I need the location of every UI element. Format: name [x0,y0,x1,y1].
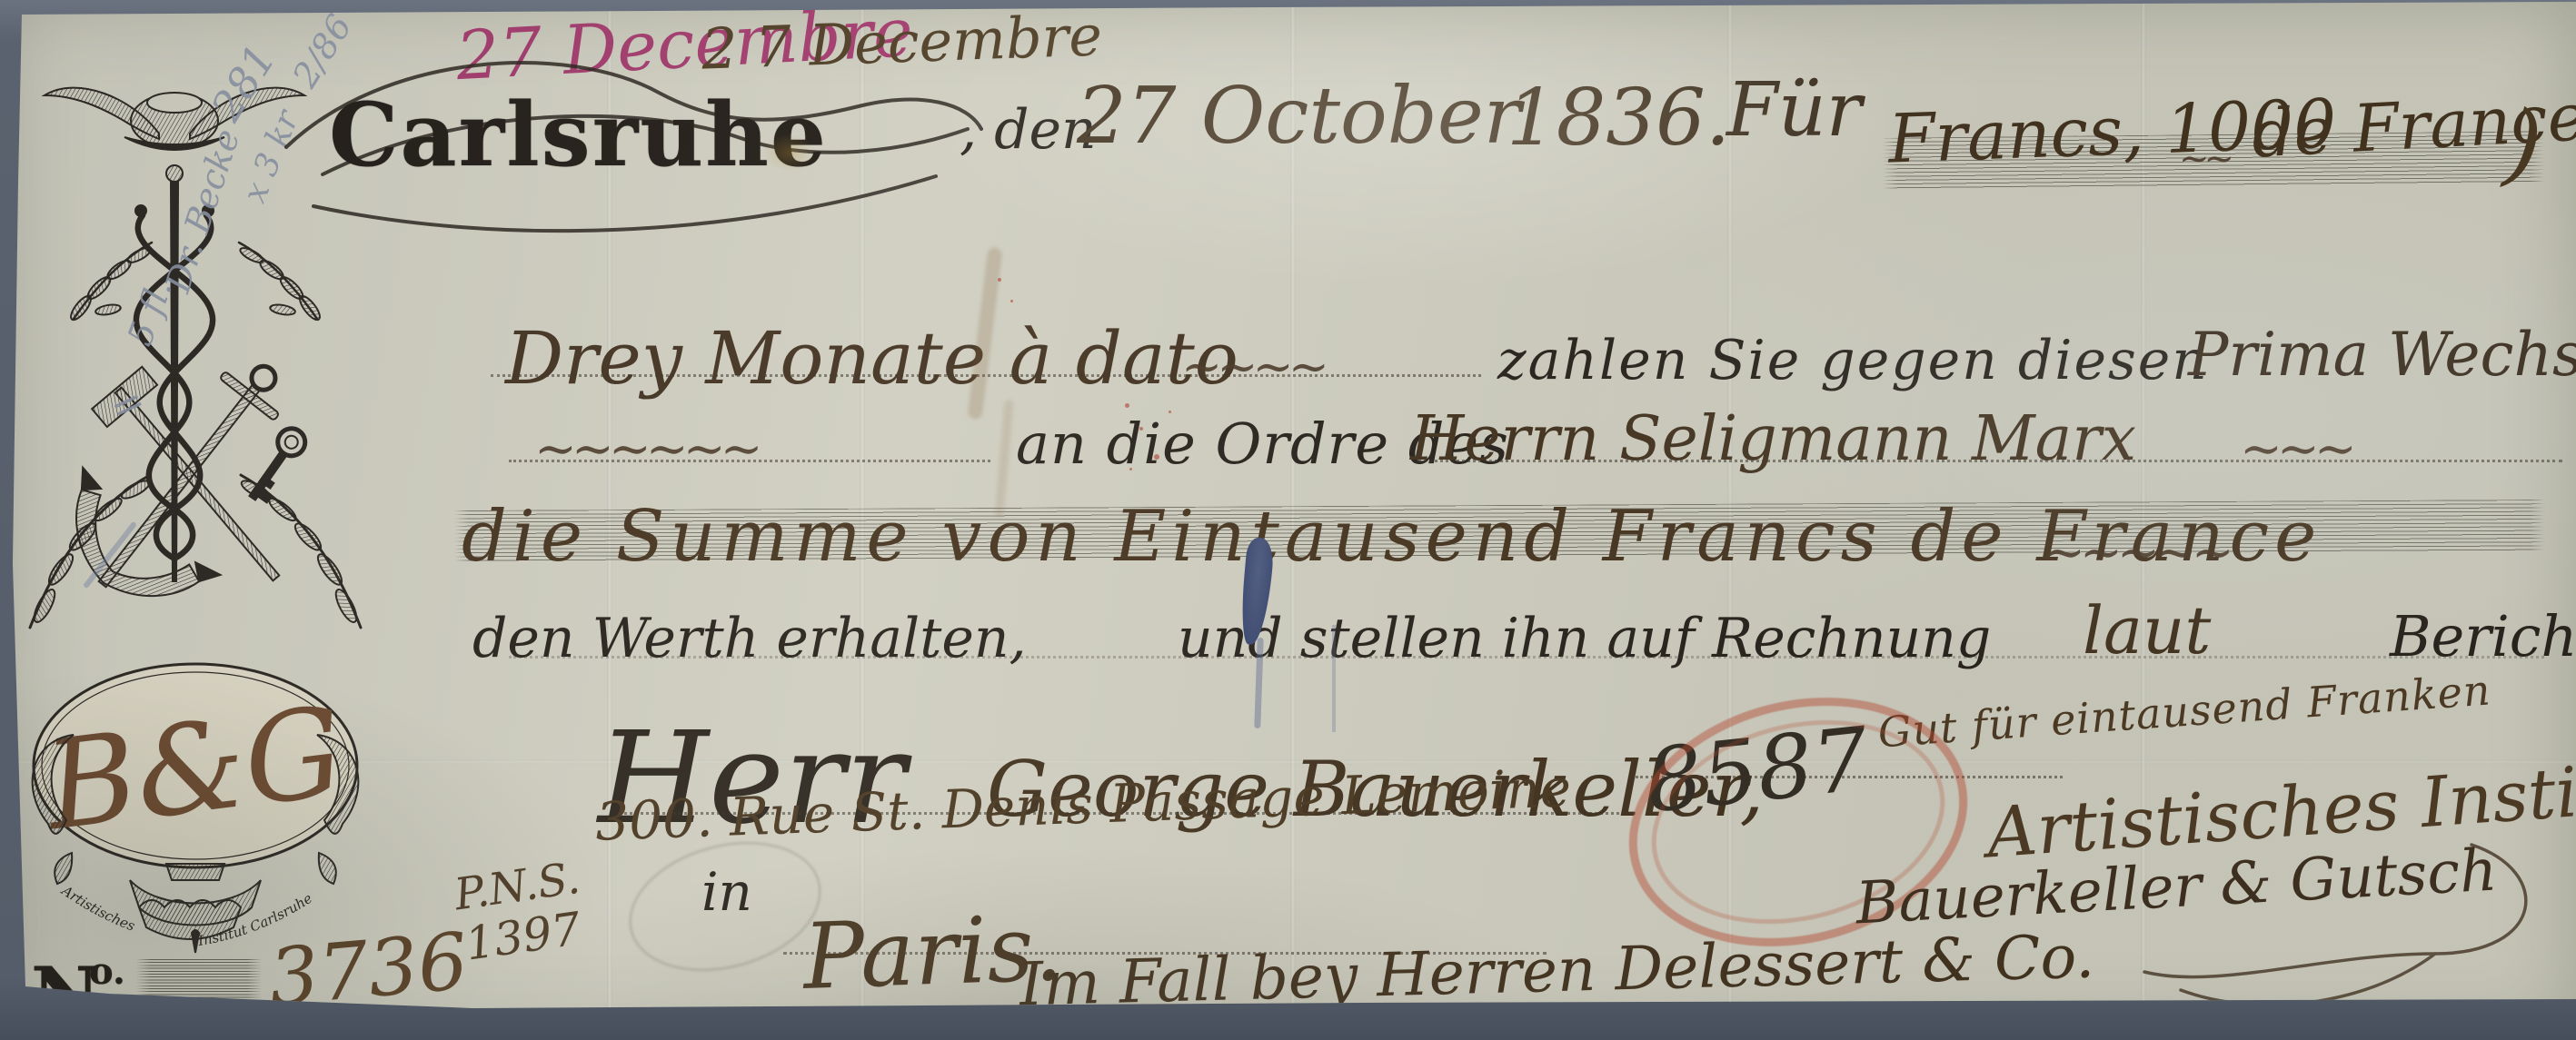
blue-ink-trace [1332,625,1336,732]
red-speckle [1010,300,1013,302]
sum-squiggle: ∼∼∼∼∼ [2043,523,2229,582]
account-clause-printed: und stellen ihn auf Rechnung [1178,607,1991,670]
svg-text:Artistisches: Artistisches [57,881,137,934]
key-icon [241,423,311,507]
scanned-bill-of-exchange: { "colors": { "background": "#59616e", "… [0,0,2576,1040]
no-superscript: o. [89,950,125,993]
issue-year-handwritten: 1836. [1507,73,1730,163]
fill-in-dotted-line [1417,452,2562,462]
value-clause-printed: den Werth erhalten, [472,607,1027,670]
fill-in-dotted-line [509,452,990,462]
document-paper: B&G Artistisches Institut Carlsruhe 281 … [0,0,2576,1040]
red-speckle [1129,468,1132,470]
fill-in-dotted-line [509,649,2544,659]
red-speckle [998,278,1001,282]
fallback-clause-handwritten: Im Fall bey Herren Delessert & Co. [1019,922,2095,1020]
wechsel-type-handwritten: Prima Wechsel [2188,320,2576,390]
no-underline-marks: ” [89,992,108,1030]
red-speckle [1169,411,1171,413]
line2-squiggle: ∼∼∼∼∼∼ [534,420,758,479]
signature-flourish [2090,817,2562,1026]
red-speckle [1125,403,1129,408]
red-speckle [1139,427,1143,431]
emblem-imprint-left: Artistisches [57,881,137,934]
red-speckle [1154,454,1159,460]
bericht-printed: Bericht [2390,603,2576,669]
issue-date-handwritten: 27 October [1077,71,1521,162]
payee-name-handwritten: Herrn Seligmann Marx [1410,403,2136,475]
amount-squiggle: ∼∼ [2179,138,2229,180]
amount-note-handwritten: Gut für eintausend Franken [1876,665,2492,757]
fuer-label: Für [1726,67,1862,154]
serial-guilloche-band [136,959,262,1003]
term-handwritten: Drey Monate à dato [505,316,1238,401]
place-name-printed: Carlsruhe [329,84,828,186]
line2-squiggle-2: ∼∼∼ [2240,420,2352,479]
pay-clause-printed: zahlen Sie gegen diesen [1497,329,2209,392]
serial-number-handwritten: 3736 [265,916,472,1025]
